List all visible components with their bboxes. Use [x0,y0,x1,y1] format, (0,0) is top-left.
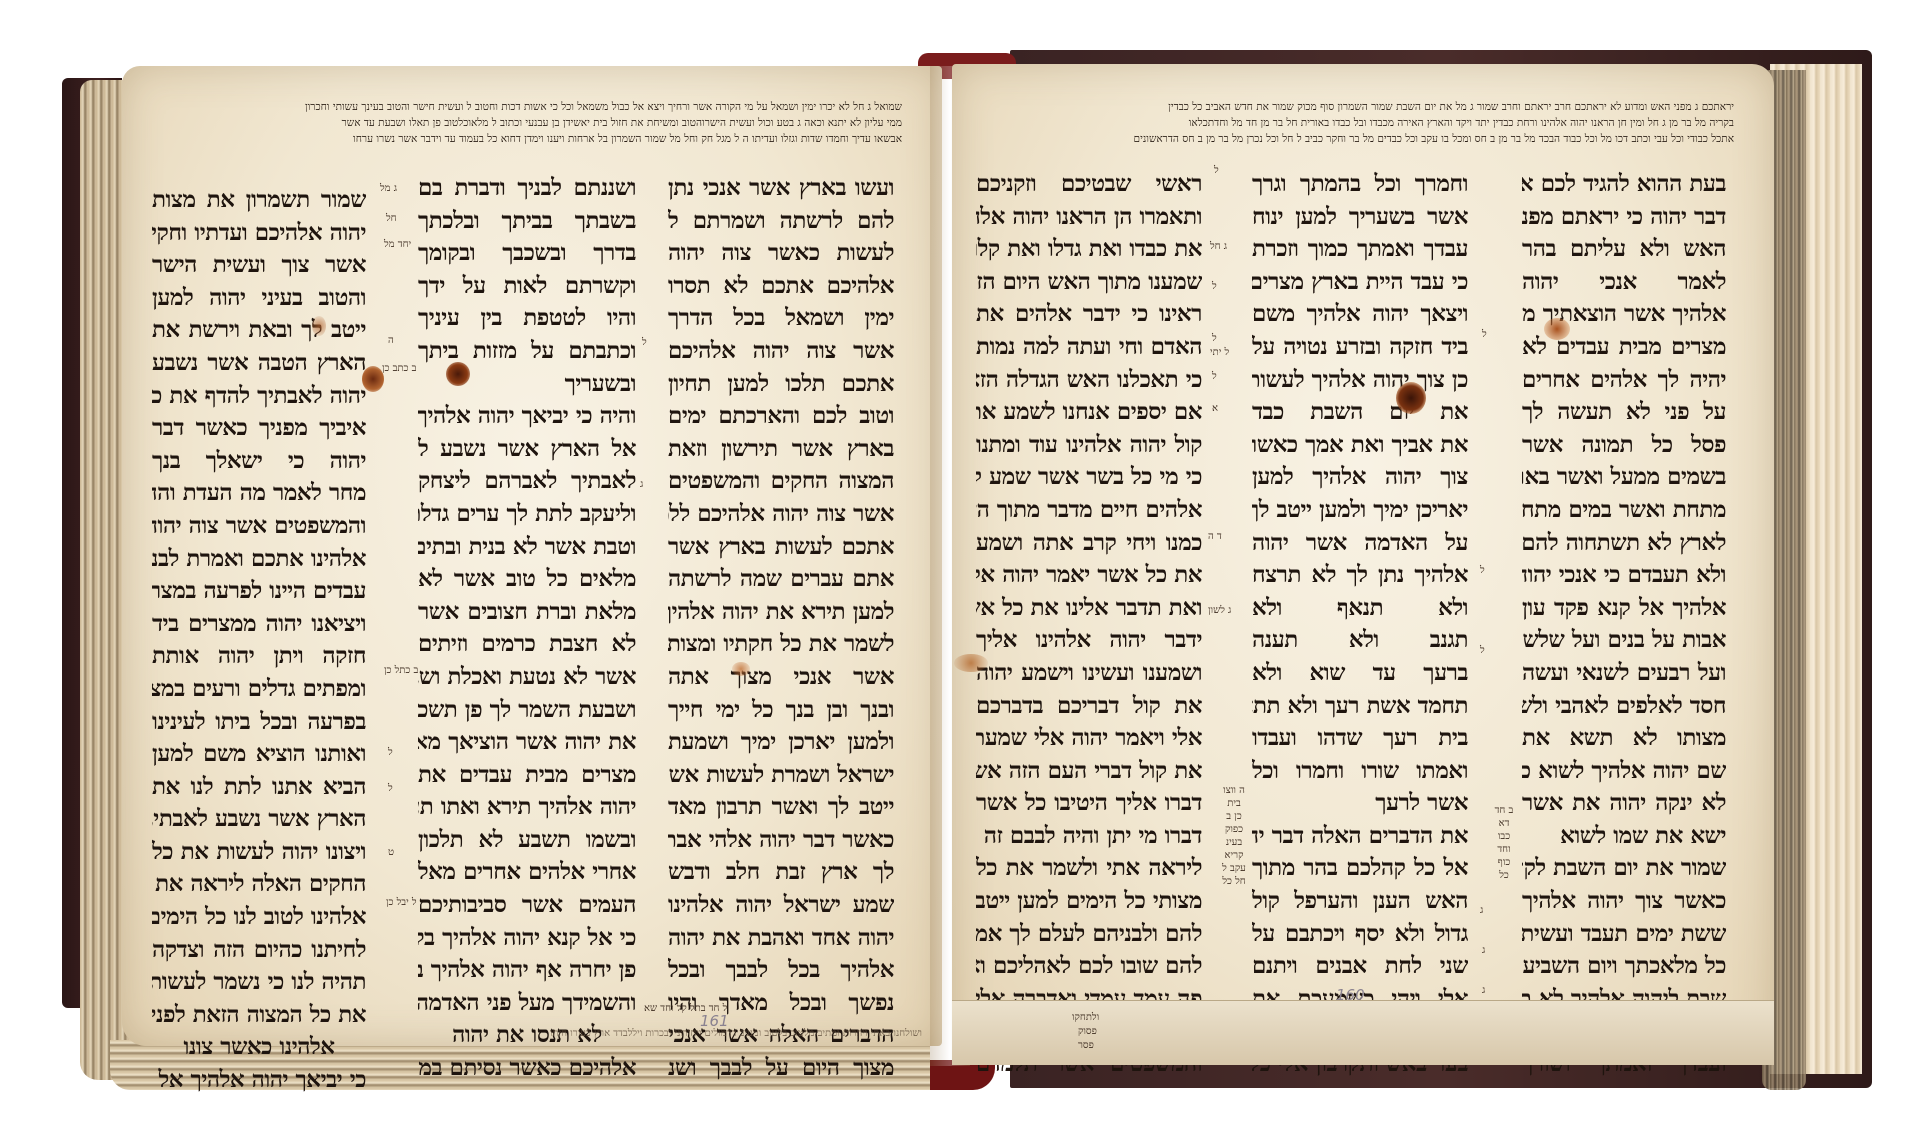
text-line: ובנך ובן בנך כל ימי חייך [668,694,894,727]
text-line: ובשמו תשבע לא תלכון [418,824,636,857]
text-line: שמור את יום השבת לקדשו [1522,852,1726,885]
text-line: דבר יהוה כי יראתם מפני [1522,201,1726,234]
text-line: את אביך ואת אמך כאשר [1252,429,1468,462]
text-line: החקים האלה ליראה את יהוה [152,868,366,901]
text-line: ושבעת השמר לך פן תשכח [418,694,636,727]
text-line: להם שובו לכם לאהליכם ואתה [976,950,1202,983]
text-line: ולמען יארכן ימיך ושמעת [668,726,894,759]
text-line: פן יחרה אף יהוה אלהיך בך [418,954,636,987]
text-line: האש ולא עליתם בהר [1522,233,1726,266]
stain [312,316,326,336]
text-line: ואותנו הוציא משם למען [152,738,366,771]
marginal-note: ל [1480,564,1485,577]
text-line: יהוה אלהיך תירא ואתו תעבד [418,791,636,824]
text-line: להם לרשתה ושמרתם ל [668,205,894,238]
text-line: מתחת ואשר במים מתחת [1522,494,1726,527]
text-line: פסל כל תמונה אשר [1522,429,1726,462]
text-line: וקשרתם לאות על ידך [418,270,636,303]
bottom-note: פסוק [1078,1025,1097,1038]
text-line: אחרי אלהים אחרים מאלהי [418,856,636,889]
text-line: את יהוה אשר הוציאך מארץ [418,726,636,759]
text-line: הביא אתנו לתת לנו את [152,771,366,804]
text-line: תהיה לנו כי נשמר לעשות [152,966,366,999]
text-line: את יום השבת כבד [1252,396,1468,429]
marginal-note: ט [388,846,394,859]
text-line: לשמר את כל חקתיו ומצותיו [668,628,894,661]
text-line: וכתבתם על מזזות ביתך [418,335,636,368]
text-line: הארץ אשר נשבע לאבתינו [152,803,366,836]
text-line: איביך מפניך כאשר דבר [152,412,366,445]
text-line: את קול דברי העם הזה אשר [976,755,1202,788]
marginal-note: ג מל [380,182,397,195]
marginal-note: ל [388,782,393,795]
text-column-middle: וחמרך וכל בהמתך וגרך אשר בשעריך למען ינו… [1252,168,1468,1081]
text-line: וטבת אשר לא בנית ובתים [418,531,636,564]
text-line: כאשר צוך יהוה אלהיך [1522,885,1726,918]
text-line: האש הענן והערפל קול [1252,885,1468,918]
text-line: ידבר יהוה אלהינו אליך [976,624,1202,657]
text-line: וליעקב לתת לך ערים גדלת [418,498,636,531]
text-line: למען תירא את יהוה אלהיך [668,596,894,629]
marginal-note: ג חל [1210,240,1227,253]
text-line: אשר לא נטעת ואכלת ושבע [418,661,636,694]
text-line: קול יהוה אלהינו עוד ומתנו [976,429,1202,462]
text-column-left: ראשי שבטיכם וזקניכם ותאמרו הן הראנו יהוה… [976,168,1202,1081]
text-line: על פני לא תעשה לך [1522,396,1726,429]
text-line: ושמענו ועשינו וישמע יהוה [976,657,1202,690]
text-line: חזקה ויתן יהוה אותת [152,640,366,673]
masora-top-line-1: יראתכם ג מפני האש ומדוע לא יראתכם חרב יר… [974,100,1734,114]
marginal-note: ג [1482,984,1485,997]
text-line: עבדך ואמתך כמוך וזכרת [1252,233,1468,266]
marginal-note: ל [1482,328,1487,341]
text-line: לאמר אנכי יהוה [1522,266,1726,299]
text-line: ויציאנו יהוה ממצרים ביד [152,608,366,641]
text-line: מלאים כל טוב אשר לא [418,563,636,596]
text-line: שמור תשמרון את מצות [152,184,366,217]
text-line: בדרך ובשכבך ובקומך [418,237,636,270]
stain [732,662,750,676]
text-line: ויצונו יהוה לעשות את כל [152,836,366,869]
marginal-note: ב חד דא כבו וחד כוף כל [1492,804,1516,882]
masora-top-line-3: אתכל כבודי וכל עבי וכתב דכו מל וכל כבוד … [974,132,1734,146]
text-line: לעשות כאשר צוה יהוה [668,237,894,270]
text-line: אל הארץ אשר נשבע ל [418,433,636,466]
text-line: תחמד אשת רעך ולא תתאוה [1252,690,1468,723]
text-line: אבות על בנים ועל שלשים [1522,624,1726,657]
text-line: אשר צוה יהוה אלהיכם [668,335,894,368]
text-line: את קול דבריכם בדברכם [976,690,1202,723]
stain [446,362,470,386]
stain [1396,382,1426,414]
text-line: ועל רבעים לשנאי ועשה [1522,657,1726,690]
text-line: ברעך עד שוא ולא [1252,657,1468,690]
text-line: לאבתיך לאברהם ליצחק [418,465,636,498]
text-line: הארץ הטבה אשר נשבע [152,347,366,380]
text-line: ושננתם לבניך ודברת בם [418,172,636,205]
text-line: להם ולבניהם לעלם לך אמר [976,918,1202,951]
text-line: אלהינו לטוב לנו כל הימים [152,901,366,934]
text-line: וחמרך וכל בהמתך וגרך [1252,168,1468,201]
text-line: ישראל ושמרת לעשות אשר [668,759,894,792]
text-line: אשר בשעריך למען ינוח [1252,201,1468,234]
text-line: דברו מי יתן והיה לבבם זה להם [976,820,1202,853]
marginal-note: א [1212,402,1218,415]
text-line: ראינו כי ידבר אלהים את [976,298,1202,331]
marginal-note: ב כתל כן [384,664,418,677]
text-line: ואת תדבר אלינו את כל אשר [976,592,1202,625]
bottom-note: ולתחקו [1072,1011,1099,1024]
left-page: שמואל ג חל לא יכרו ימין ושמאל על מי הקור… [122,66,942,1046]
right-page-bottom-strip: ולתחקו פסוק פסר [952,1000,1774,1065]
masora-top-line-2: ממי עליון לא יתנא וכאה ג בטע וכול ועשית … [142,116,902,130]
text-line: והמשפטים אשר צוה יהוה [152,510,366,543]
text-line: שני לחת אבנים ויתנם [1252,950,1468,983]
text-line: המצוה החקים והמשפטים [668,465,894,498]
marginal-note: ד ה [1208,530,1222,543]
text-line: לא חצבת כרמים וזיתים [418,628,636,661]
text-line: והטוב בעיני יהוה למען [152,282,366,315]
masora-top-line-2: בקריה מל בר מן ג חל ומין חן הראנו יהוה א… [974,116,1734,130]
marginal-note: ב כתב כן [382,362,416,375]
text-line: מחר לאמר מה העדת והחקים [152,477,366,510]
marginal-note: ל [642,336,647,349]
text-line: ישא את שמו לשוא [1522,820,1726,853]
text-line: אם יספים אנחנו לשמע את [976,396,1202,429]
text-line: חסד לאלפים לאהבי ולשמרי [1522,690,1726,723]
text-line: בית רעך שדהו ועבדו [1252,722,1468,755]
text-line: מלאת וברת חצובים אשר [418,596,636,629]
stain [954,654,988,672]
text-line: ולא תעבדם כי אנכי יהוה [1522,559,1726,592]
text-column-right: בעת ההוא להגיד לכם את דבר יהוה כי יראתם … [1522,168,1726,1081]
text-line: בארץ אשר תירשון וזאת [668,433,894,466]
text-line: אל כל קהלכם בהר מתוך [1252,852,1468,885]
text-line: כי מי כל בשר אשר שמע קול [976,461,1202,494]
text-line: ליראה אתי ולשמר את כל [976,852,1202,885]
text-line: ותאמרו הן הראנו יהוה אלהינו [976,201,1202,234]
text-line: אשר צוה יהוה אלהיכם ללמד [668,498,894,531]
text-line: אתם עברים שמה לרשתה [668,563,894,596]
text-line: ייטב לך ואשר תרבון מאד [668,791,894,824]
text-line: דברו אליך היטיבו כל אשר [976,787,1202,820]
stain [1544,318,1570,340]
marginal-note: ל [1214,164,1219,177]
bottom-note: פסר [1078,1039,1094,1052]
right-page: יראתכם ג מפני האש ומדוע לא יראתכם חרב יר… [952,64,1774,1064]
marginal-note: ה [388,334,394,347]
marginal-note: ג [1482,944,1485,957]
text-line: יהוה אלהיכם ועדתיו וחקיו [152,217,366,250]
text-line: אלהים חיים מדבר מתוך האש [976,494,1202,527]
marginal-note: ל [1212,332,1217,345]
text-line: אלהיך בכל לבבך ובכל [668,954,894,987]
text-line: כי אל קנא יהוה אלהיך בקרבך [418,922,636,955]
text-line: את הדברים האלה דבר יהוה [1252,820,1468,853]
masora-top-line-3: אבשאו עדיך וחמדו שדות וגזלו ועדיתו ה ל מ… [142,132,902,146]
text-line: יאריכן ימיך ולמען ייטב לך [1252,494,1468,527]
text-line: אשר אנכי מצוך אתה [668,661,894,694]
text-line: והיו לטטפת בין עיניך [418,302,636,335]
text-line: לארץ לא תשתחוה להם [1522,527,1726,560]
text-line: ראשי שבטיכם וזקניכם [976,168,1202,201]
text-line: ולא תנאף ולא [1252,592,1468,625]
text-line: אשר לרעך [1252,787,1468,820]
stain [362,366,384,392]
text-line: ייטב לך ובאת וירשת את [152,314,366,347]
text-line: כי עבד היית בארץ מצרים [1252,266,1468,299]
text-line: ששת ימים תעבד ועשית [1522,918,1726,951]
text-line: מצותו לא תשא את [1522,722,1726,755]
text-line: מצוך היום על לבבך ושנ [668,1052,894,1085]
masora-bottom: ושולחנו באתי ויחרות ומתיב מלטוב בלטוב ומ… [222,1028,922,1040]
text-line: כי יביאך יהוה אלהיך אל הארץ [152,1064,366,1097]
text-line: ואמתו שורו וחמרו וכל [1252,755,1468,788]
text-line: ביד חזקה ובזרע נטויה על [1252,331,1468,364]
marginal-note: ל [1212,280,1217,293]
text-line: בשמים ממעל ואשר בארץ [1522,461,1726,494]
text-line: שם יהוה אלהיך לשוא כי [1522,755,1726,788]
text-line: בעת ההוא להגיד לכם את [1522,168,1726,201]
text-line: כאשר דבר יהוה אלהי אבתיך [668,824,894,857]
text-line: כמנו ויחי קרב אתה ושמע [976,527,1202,560]
text-line: את כל המצוה הזאת לפני יהוה [152,999,366,1032]
text-line: אלהיך אל קנא פקד עון [1522,592,1726,625]
text-line: בשבתך בביתך ובלכתך [418,205,636,238]
text-line: ועשו בארץ אשר אנכי נתן [668,172,894,205]
text-line: בפרעה ובכל ביתו לעינינו [152,706,366,739]
text-line: אלהיך נתן לך לא תרצח [1252,559,1468,592]
marginal-note: ל [1212,370,1217,383]
marginal-note: ג לשון [1208,604,1231,617]
text-line: שמענו מתוך האש היום הזה [976,266,1202,299]
marginal-note: ה ווצו בית כן ב כפוק בעינ קריא עקב ל חל … [1222,784,1246,888]
text-line: אתכם לעשות בארץ אשר [668,531,894,564]
text-line: אלהיכם כאשר נסיתם במסה [418,1052,636,1085]
text-line: צוך יהוה אלהיך למען [1252,461,1468,494]
marginal-note: ג [1480,904,1483,917]
text-line: כל מלאכתך ויום השביעי [1522,950,1726,983]
text-line: העמים אשר סביבותיכם [418,889,636,922]
text-line: אתכם תלכו למען תחיון [668,368,894,401]
marginal-note: ל [388,746,393,759]
marginal-note: ג [640,478,643,491]
text-line: עבדים היינו לפרעה במצרים [152,575,366,608]
text-line: יהוה לאבתיך להדף את כל [152,380,366,413]
text-line: והיה כי יביאך יהוה אלהיך [418,400,636,433]
text-line: לא ינקה יהוה את אשר [1522,787,1726,820]
text-line: אלי ויאמר יהוה אלי שמעתי [976,722,1202,755]
text-line: מצותי כל הימים למען ייטב [976,885,1202,918]
text-column-middle: ושננתם לבניך ודברת בם בשבתך בביתך ובלכתך… [418,172,636,1085]
text-column-left: שמור תשמרון את מצות יהוה אלהיכם ועדתיו ו… [152,184,366,1097]
masora-top-line-1: שמואל ג חל לא יכרו ימין ושמאל על מי הקור… [142,100,902,114]
text-line: שמע ישראל יהוה אלהינו [668,889,894,922]
marginal-note: ל יתי [1210,346,1229,359]
text-line: האדם וחי ועתה למה נמות [976,331,1202,364]
text-line: אשר צוך ועשית הישר [152,249,366,282]
text-line: גדול ולא יסף ויכתבם על [1252,918,1468,951]
text-line: יהוה אחד ואהבת את יהוה [668,922,894,955]
text-line: ומפתים גדלים ורעים במצרים [152,673,366,706]
text-line: לך ארץ זבת חלב ודבש [668,856,894,889]
text-line: לחיתנו כהיום הזה וצדקה [152,934,366,967]
marginal-note: ל יבל כן [386,896,417,909]
text-line: את כל אשר יאמר יהוה אלהינו [976,559,1202,592]
text-line: תגנב ולא תענה [1252,624,1468,657]
text-line: מצרים מבית עבדים את [418,759,636,792]
text-line: על האדמה אשר יהוה [1252,527,1468,560]
marginal-note: ל [1480,644,1485,657]
text-column-right: ועשו בארץ אשר אנכי נתן להם לרשתה ושמרתם … [668,172,894,1085]
text-line: והשמידך מעל פני האדמה [418,987,636,1020]
text-line: יהיה לך אלהים אחרים [1522,364,1726,397]
text-line: ויצאך יהוה אלהיך משם [1252,298,1468,331]
text-line: את כבדו ואת גדלו ואת קלו [976,233,1202,266]
manuscript-photo: שמואל ג חל לא יכרו ימין ושמאל על מי הקור… [0,0,1920,1140]
text-line: אלהיכם אתכם לא תסרו [668,270,894,303]
text-line: כן צוך יהוה אלהיך לעשות [1252,364,1468,397]
text-line: כי תאכלנו האש הגדלה הזאת [976,364,1202,397]
text-line: וטוב לכם והארכתם ימים [668,400,894,433]
marginal-note: חל [386,212,397,225]
marginal-note: יחד מל [384,238,411,251]
text-line: ימין ושמאל בכל הדרך [668,302,894,335]
text-line: אלהינו אתכם ואמרת לבנך [152,543,366,576]
text-line: יהוה כי ישאלך בנך [152,445,366,478]
